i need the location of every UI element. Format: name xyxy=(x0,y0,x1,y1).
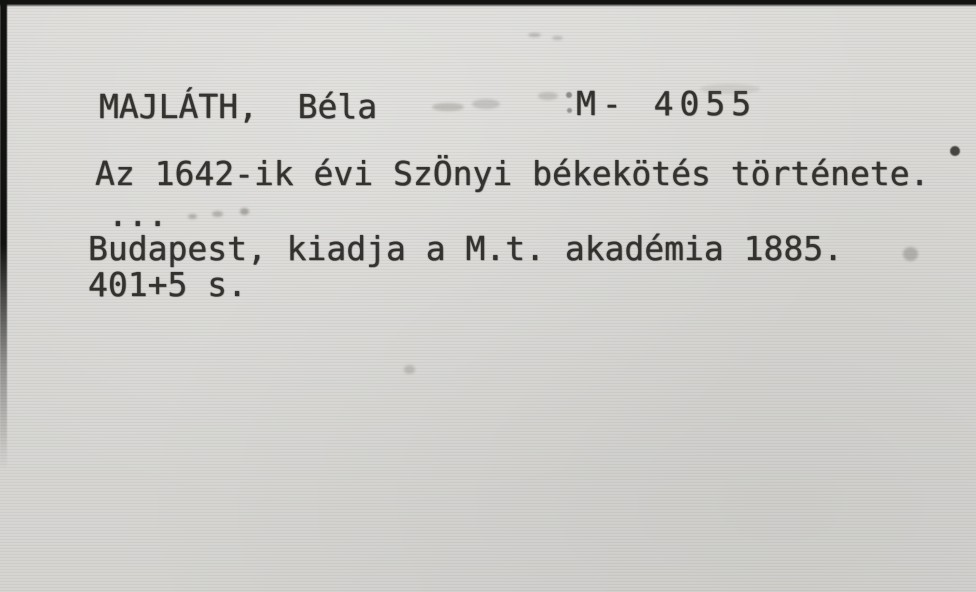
faint-smudge xyxy=(903,247,918,261)
ink-speck xyxy=(950,146,960,156)
ellipsis-line: ... xyxy=(108,198,168,231)
catalog-card: MAJLÁTH, Béla M- 4055 Az 1642-ik évi SzÖ… xyxy=(0,0,976,592)
scan-edge-top xyxy=(0,0,976,7)
faint-smudge xyxy=(552,36,563,40)
ghost-dot xyxy=(188,214,197,219)
imprint-line: Budapest, kiadja a M.t. akadémia 1885. xyxy=(88,232,843,265)
author-heading: MAJLÁTH, Béla xyxy=(99,90,377,123)
faint-smudge xyxy=(538,92,558,100)
collation-line: 401+5 s. xyxy=(88,268,247,301)
ghost-dot xyxy=(240,208,249,215)
ink-speck xyxy=(566,92,572,98)
faint-smudge xyxy=(404,365,415,374)
scan-edge-left xyxy=(0,0,7,470)
faint-smudge xyxy=(528,33,541,37)
faint-smudge xyxy=(472,99,500,109)
title-line: Az 1642-ik évi SzÖnyi békekötés történet… xyxy=(95,157,929,190)
ink-speck xyxy=(567,108,572,113)
ghost-dot xyxy=(212,211,223,217)
faint-smudge xyxy=(700,84,760,94)
faint-smudge xyxy=(432,103,464,111)
